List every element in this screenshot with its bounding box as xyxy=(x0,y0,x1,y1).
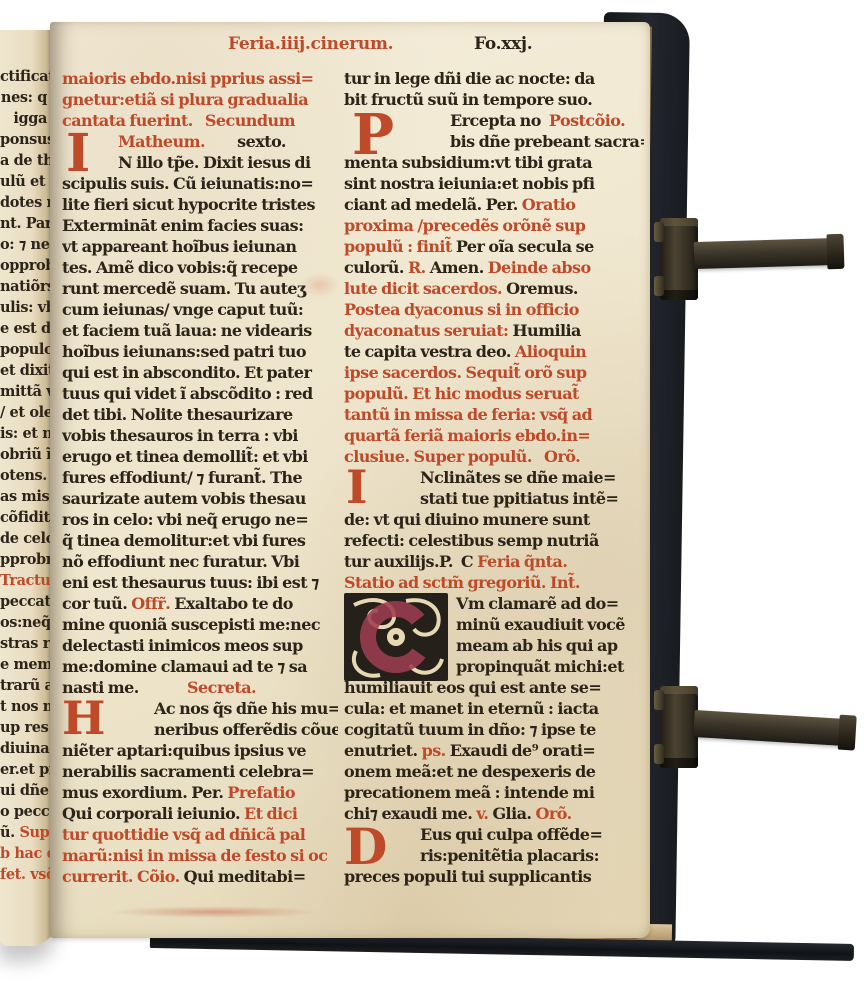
text-line: e memora xyxy=(0,654,56,675)
body-text: Exaltabo te do xyxy=(174,594,293,613)
text-line: precationem meã : intende mi xyxy=(344,782,644,803)
text-line: o: ⁊ ne de xyxy=(0,234,56,255)
body-text: natiõrs. xyxy=(0,278,56,295)
text-line: N illo tp̃e. Dixit iesus di xyxy=(62,152,338,173)
body-text: de celo libe xyxy=(0,530,56,547)
brass-clasp-lower xyxy=(654,686,864,776)
text-line: det tibi. Nolite thesaurizare xyxy=(62,404,338,425)
text-line: tuus qui videt ĩ abscõdito : red xyxy=(62,383,338,404)
text-line: erugo et tinea demollit̃: et vbi xyxy=(62,446,338,467)
text-line: saurizate autem vobis thesau xyxy=(62,488,338,509)
body-text: det tibi. Nolite thesaurizare xyxy=(62,405,293,424)
body-text: ulũ et alta xyxy=(0,173,56,190)
text-line: / et olea xyxy=(0,402,56,423)
text-line: as misere xyxy=(0,486,56,507)
text-line: b hac die xyxy=(0,843,56,864)
text-line: marũ:nisi in missa de festo si oc xyxy=(62,845,338,866)
text-line: cõfidit e xyxy=(0,507,56,528)
rubric-text: Statio ad sctm̃ gregoriũ. Int̃. xyxy=(344,573,580,592)
rubric-text: Tractus. xyxy=(0,572,56,589)
rubricated-initial-P: P xyxy=(352,110,394,160)
text-line: populũ : finit̃ Per oĩa secula se xyxy=(344,236,644,257)
text-line: lite fieri sicut hypocrite tristes xyxy=(62,194,338,215)
text-line: currerit. Cõio. Qui meditabi= xyxy=(62,866,338,887)
body-text: et dixit p xyxy=(0,362,56,379)
body-text: cogitatũ tuum in dño: ⁊ ipse te xyxy=(344,720,596,739)
text-line: ponsus xyxy=(0,129,56,150)
body-text: t nos mise xyxy=(0,698,56,715)
body-text: tuus qui videt ĩ abscõdito : red xyxy=(62,384,313,403)
text-line: qui est in abscondito. Et pater xyxy=(62,362,338,383)
text-line: tur auxilijs.P. C Feria q̃nta. xyxy=(344,551,644,572)
rubricated-initial-H: H xyxy=(62,698,105,739)
text-line: obriũ ĩ gẽt xyxy=(0,444,56,465)
clasp-hinge-plate xyxy=(660,686,698,768)
text-line: mus exordium. Per. Prefatio xyxy=(62,782,338,803)
body-text: nerabilis sacramenti celebra= xyxy=(62,762,314,781)
text-line: ris:penitẽtia placaris: xyxy=(344,845,644,866)
body-text: os:neq̃ se xyxy=(0,614,56,631)
body-text: up res fa xyxy=(0,719,56,736)
rubric-text: ipse sacerdos. Sequit̃ orõ sup xyxy=(344,363,587,382)
body-text: cor tuũ. xyxy=(62,594,131,613)
body-text: nõ effodiunt nec furatur. Vbi xyxy=(62,552,299,571)
body-text: culorũ. xyxy=(344,258,408,277)
body-text: ros in celo: vbi neq̃ erugo ne= xyxy=(62,510,308,529)
rubric-text: marũ:nisi in missa de festo si oc xyxy=(62,846,327,865)
text-line: mittã vob xyxy=(0,381,56,402)
text-line: tur quottidie vsq̃ ad dñicã pal xyxy=(62,824,338,845)
text-line: tur in lege dñi die ac nocte: da xyxy=(344,68,644,89)
body-text: erugo et tinea demollit̃: et vbi xyxy=(62,447,308,466)
text-line: ipse sacerdos. Sequit̃ orõ sup xyxy=(344,362,644,383)
text-line: enutriet. ps. Exaudi de⁹ orati= xyxy=(344,740,644,761)
body-text: Glia. xyxy=(492,804,535,823)
body-text: stras retri xyxy=(0,635,56,652)
text-line: fures effodiunt/ ⁊ furant̃. The xyxy=(62,467,338,488)
text-line: cor tuũ. Offr̃. Exaltabo te do xyxy=(62,593,338,614)
body-text: mine quoniã suscepisti me:nec xyxy=(62,615,320,634)
body-text: ris:penitẽtia placaris: xyxy=(420,846,599,865)
rubric-text: Prefatio xyxy=(227,783,295,802)
rubric-text: populũ : finit̃ xyxy=(344,237,456,256)
text-line: delectasti inimicos meos sup xyxy=(62,635,338,656)
text-line: runt mercedẽ suam. Tu auteʒ xyxy=(62,278,338,299)
body-text: Qui corporali ieiunio. xyxy=(62,804,244,823)
text-line: t nos mise xyxy=(0,696,56,717)
text-line: ros in celo: vbi neq̃ erugo ne= xyxy=(62,509,338,530)
body-text: runt mercedẽ suam. Tu auteʒ xyxy=(62,279,306,298)
clasp-strap xyxy=(694,238,843,269)
text-line: et faciem tuã laua: ne videaris xyxy=(62,320,338,341)
rubric-text: Feria q̃nta. xyxy=(477,552,567,571)
text-line: stras retri xyxy=(0,633,56,654)
text-line: ciant ad medelã. Per. Oratio xyxy=(344,194,644,215)
rubric-text: quartã feriã maioris ebdo.in= xyxy=(344,426,590,445)
body-text: ciant ad medelã. Per. xyxy=(344,195,522,214)
body-text: fures effodiunt/ ⁊ furant̃. The xyxy=(62,468,302,487)
text-line: populo su xyxy=(0,339,56,360)
rubric-text: lute dicit sacerdos. xyxy=(344,279,506,298)
text-line: Extermināt enim facies suas: xyxy=(62,215,338,236)
text-line: is: et non xyxy=(0,423,56,444)
body-text: Amen. xyxy=(430,258,488,277)
text-line: dyaconatus seruiat: Humilia xyxy=(344,320,644,341)
text-line: me:domine clamaui ad te ⁊ sa xyxy=(62,656,338,677)
body-text: ui dñe liber xyxy=(0,782,56,799)
rubric-text: Secreta. xyxy=(139,678,256,697)
rubric-text: v. xyxy=(476,804,492,823)
body-text: diuina nost xyxy=(0,740,56,757)
body-text: ctificat xyxy=(0,68,55,85)
text-line: sint nostra ieiunia:et nobis pfi xyxy=(344,173,644,194)
text-line: trarũ ant xyxy=(0,675,56,696)
body-text: e memora xyxy=(0,656,56,673)
body-text: scipulis suis. Cũ ieiunatis:no= xyxy=(62,174,313,193)
body-text: cõfidit e xyxy=(0,509,56,526)
text-line: nõ effodiunt nec furatur. Vbi xyxy=(62,551,338,572)
body-text: minũ exaudiuit vocẽ xyxy=(456,615,625,634)
text-line: quartã feriã maioris ebdo.in= xyxy=(344,425,644,446)
body-text: et faciem tuã laua: ne videaris xyxy=(62,321,312,340)
body-text: Exaudi de⁹ orati= xyxy=(450,741,596,760)
body-text: enutriet. xyxy=(344,741,422,760)
running-title: Feria.iiij.cinerum. xyxy=(228,34,393,54)
text-line: proxima /precedẽs orõnẽ sup xyxy=(344,215,644,236)
text-line: nes: q xyxy=(0,87,56,108)
body-text: de: vt qui diuino munere sunt xyxy=(344,510,590,529)
text-line: Statio ad sctm̃ gregoriũ. Int̃. xyxy=(344,572,644,593)
rubric-text: tur quottidie vsq̃ ad dñicã pal xyxy=(62,825,305,844)
body-text: vobis thesauros in terra : vbi xyxy=(62,426,298,445)
body-text: sint nostra ieiunia:et nobis pfi xyxy=(344,174,595,193)
body-text: a de thalam xyxy=(0,152,56,169)
text-line: hoĩbus ieiunans:sed patri tuo xyxy=(62,341,338,362)
rubric-text: Offr̃. xyxy=(131,594,174,613)
body-text: opprobriũ xyxy=(0,257,56,274)
text-line: ui dñe liber xyxy=(0,780,56,801)
text-line: de celo libe xyxy=(0,528,56,549)
red-ink-smudge xyxy=(300,272,340,298)
text-line: de: vt qui diuino munere sunt xyxy=(344,509,644,530)
text-line: populũ. Et hic modus seruat̃ xyxy=(344,383,644,404)
rubric-text: tantũ in missa de feria: vsq̃ ad xyxy=(344,405,592,424)
body-text: sexto. xyxy=(205,132,286,151)
rubric-text: cantata fuerint. Secundum xyxy=(62,111,295,130)
text-column-left: maioris ebdo.nisi pprius assi=gnetur:eti… xyxy=(62,68,338,887)
rubric-text: proxima /precedẽs orõnẽ sup xyxy=(344,216,585,235)
body-text: delectasti inimicos meos sup xyxy=(62,636,303,655)
text-line: os:neq̃ se xyxy=(0,612,56,633)
rubric-text: Alioquin xyxy=(515,342,586,361)
body-text: bis dñe prebeant sacra= xyxy=(450,132,644,151)
text-line: ctificat xyxy=(0,66,56,87)
text-line: cum ieiunas/ vnge caput tuũ: xyxy=(62,299,338,320)
body-text: vt appareant hoĩbus ieiunan xyxy=(62,237,296,256)
text-line: eni est thesaurus tuus: ibi est ⁊ xyxy=(62,572,338,593)
woodcut-initial-C xyxy=(344,593,448,681)
rubric-text: Deinde abso xyxy=(488,258,591,277)
rubricated-initial-I: I xyxy=(346,467,368,508)
text-line: Matheum. sexto. xyxy=(62,131,338,152)
body-text: is: et non xyxy=(0,425,56,442)
rubric-text: Postea dyaconus si in officio xyxy=(344,300,579,319)
body-text: populo su xyxy=(0,341,56,358)
text-line: fet. vsq̃ ad xyxy=(0,864,56,885)
clasp-hook-tip xyxy=(826,234,844,269)
body-text: stati tue ppitiatus intẽ= xyxy=(420,489,618,508)
body-text: refecti: celestibus semp nutriã xyxy=(344,531,599,550)
text-line: igga xyxy=(0,108,56,129)
rubricated-initial-D: D xyxy=(344,824,387,869)
text-line: cantata fuerint. Secundum xyxy=(62,110,338,131)
folio-number: Fo.xxj. xyxy=(474,34,532,54)
text-line: cogitatũ tuum in dño: ⁊ ipse te xyxy=(344,719,644,740)
body-text: neribus offerẽdis cõue xyxy=(154,720,338,739)
text-line: lute dicit sacerdos. Oremus. xyxy=(344,278,644,299)
rubric-text: R. xyxy=(408,258,430,277)
text-line: mine quoniã suscepisti me:nec xyxy=(62,614,338,635)
text-line: chi⁊ exaudi me. v. Glia. Orõ. xyxy=(344,803,644,824)
body-text: Vm clamarẽ ad do= xyxy=(456,594,619,613)
text-line: gnetur:etiã si plura gradualia xyxy=(62,89,338,110)
photo-of-open-missal: ctificatnes: qiggaponsusa de thalamulũ … xyxy=(0,0,868,1000)
body-text: Qui meditabi= xyxy=(184,867,306,886)
body-text: nt. Parce xyxy=(0,215,56,232)
rubric-text: currerit. Cõio. xyxy=(62,867,184,886)
body-text: meam ab his qui ap xyxy=(456,636,618,655)
text-line: culorũ. R. Amen. Deinde abso xyxy=(344,257,644,278)
body-text: Nclinãtes se dñe maie= xyxy=(420,468,616,487)
text-line: scipulis suis. Cũ ieiunatis:no= xyxy=(62,173,338,194)
body-text: saurizate autem vobis thesau xyxy=(62,489,306,508)
text-line: ulũ et alta xyxy=(0,171,56,192)
text-line: otens. Ex xyxy=(0,465,56,486)
text-line: pprobriũ xyxy=(0,549,56,570)
body-text: otens. xyxy=(0,467,52,484)
body-text: dotes mi xyxy=(0,194,56,211)
body-text: as misere xyxy=(0,488,56,505)
body-text: Per oĩa secula se xyxy=(456,237,594,256)
text-line: o peccata xyxy=(0,801,56,822)
rubric-text: Et dici xyxy=(244,804,297,823)
text-line: vobis thesauros in terra : vbi xyxy=(62,425,338,446)
body-text: er.et prope xyxy=(0,761,56,778)
brass-clasp-upper xyxy=(654,218,864,308)
rubric-text: Orõ. xyxy=(535,804,571,823)
body-text: Humilia xyxy=(512,321,580,340)
rubricated-initial-I: I xyxy=(66,131,90,178)
text-line: clusiue. Super populũ. Orõ. xyxy=(344,446,644,467)
text-line: tantũ in missa de feria: vsq̃ ad xyxy=(344,404,644,425)
body-text: mus exordium. Per. xyxy=(62,783,227,802)
body-text: obriũ ĩ gẽt xyxy=(0,446,56,463)
body-text: tes. Amẽ dico vobis:q̃ recepe xyxy=(62,258,297,277)
body-text: me:domine clamaui ad te ⁊ sa xyxy=(62,657,307,676)
clasp-hinge-plate xyxy=(660,218,698,300)
text-line: opprobriũ xyxy=(0,255,56,276)
rubric-text: Oratio xyxy=(522,195,576,214)
body-text: tur auxilijs.P. C xyxy=(344,552,477,571)
body-text: precationem meã : intende mi xyxy=(344,783,594,802)
body-text: propinquãt michi:et xyxy=(456,657,624,676)
text-line: maioris ebdo.nisi pprius assi= xyxy=(62,68,338,89)
body-text: pprobriũ xyxy=(0,551,56,568)
body-text: e est de xyxy=(0,320,56,337)
body-text: o: ⁊ ne de xyxy=(0,236,56,253)
clasp-strap xyxy=(693,710,854,746)
text-line: nt. Parce xyxy=(0,213,56,234)
body-text: / et olea xyxy=(0,404,56,421)
body-text: cum ieiunas/ vnge caput tuũ: xyxy=(62,300,303,319)
body-text: Ac nos q̃s dñe his mu= xyxy=(154,699,338,718)
text-line: refecti: celestibus semp nutriã xyxy=(344,530,644,551)
text-line: peccata n xyxy=(0,591,56,612)
body-text: q̃ tinea demolitur:et vbi fures xyxy=(62,531,305,550)
body-text: onem meã:et ne despexeris de xyxy=(344,762,595,781)
body-text: o peccata xyxy=(0,803,56,820)
rubric-text: maioris ebdo.nisi pprius assi= xyxy=(62,69,313,88)
previous-page-text-fragments: ctificatnes: qiggaponsusa de thalamulũ … xyxy=(0,66,56,885)
text-line: up res fa xyxy=(0,717,56,738)
rubric-text: Postcõio. xyxy=(545,111,625,130)
text-line: vt appareant hoĩbus ieiunan xyxy=(62,236,338,257)
rubric-text: fet. vsq̃ ad xyxy=(0,866,56,883)
rubric-text: gnetur:etiã si plura gradualia xyxy=(62,90,308,109)
text-line: tes. Amẽ dico vobis:q̃ recepe xyxy=(62,257,338,278)
text-line: Qui corporali ieiunio. Et dici xyxy=(62,803,338,824)
text-line: ulis: vbi e xyxy=(0,297,56,318)
text-line: er.et prope xyxy=(0,759,56,780)
body-text: te capita vestra deo. xyxy=(344,342,515,361)
text-line: a de thalam xyxy=(0,150,56,171)
text-line: Eus qui culpa offẽde= xyxy=(344,824,644,845)
body-text: igga xyxy=(13,110,47,127)
body-text: qui est in abscondito. Et pater xyxy=(62,363,311,382)
body-text: Ercepta no xyxy=(450,111,545,130)
body-text: tur in lege dñi die ac nocte: da xyxy=(344,69,595,88)
body-text: mittã vob xyxy=(0,383,56,400)
text-line: q̃ tinea demolitur:et vbi fures xyxy=(62,530,338,551)
body-text: hoĩbus ieiunans:sed patri tuo xyxy=(62,342,306,361)
text-line: et dixit p xyxy=(0,360,56,381)
clasp-hook-tip xyxy=(838,715,857,751)
text-line: e est de xyxy=(0,318,56,339)
text-line: ũ. Supple xyxy=(0,822,56,843)
body-text: lite fieri sicut hypocrite tristes xyxy=(62,195,315,214)
rubric-text: b hac die xyxy=(0,845,56,862)
open-page: Feria.iiij.cinerum. Fo.xxj. maioris ebdo… xyxy=(50,22,650,938)
text-line: diuina nost xyxy=(0,738,56,759)
text-line: te capita vestra deo. Alioquin xyxy=(344,341,644,362)
rubric-text: populũ. Et hic modus seruat̃ xyxy=(344,384,579,403)
text-line: Nclinãtes se dñe maie= xyxy=(344,467,644,488)
rubric-text: Matheum. xyxy=(118,132,205,151)
body-text: cula: et manet in eternũ : iacta xyxy=(344,699,599,718)
body-text: Eus qui culpa offẽde= xyxy=(420,825,602,844)
rubric-text: clusiue. Super populũ. Orõ. xyxy=(344,447,580,466)
body-text: nes: q xyxy=(1,89,47,106)
text-line: nerabilis sacramenti celebra= xyxy=(62,761,338,782)
body-text: N illo tp̃e. Dixit iesus di xyxy=(118,153,311,172)
body-text: ponsus xyxy=(0,131,55,148)
red-ink-smudge xyxy=(110,906,320,918)
body-text: trarũ ant xyxy=(0,677,56,694)
text-line: cula: et manet in eternũ : iacta xyxy=(344,698,644,719)
text-line: onem meã:et ne despexeris de xyxy=(344,761,644,782)
rubric-text: dyaconatus seruiat: xyxy=(344,321,512,340)
body-text: peccata n xyxy=(0,593,56,610)
text-line: natiõrs. xyxy=(0,276,56,297)
body-text: ũ. xyxy=(0,824,19,841)
text-column-right: tur in lege dñi die ac nocte: dabit fru… xyxy=(344,68,644,887)
text-line: preces populi tui supplicantis xyxy=(344,866,644,887)
body-text: eni est thesaurus tuus: ibi est ⁊ xyxy=(62,573,319,592)
text-line: dotes mi xyxy=(0,192,56,213)
body-text: Extermināt enim facies suas: xyxy=(62,216,303,235)
body-text: Oremus. xyxy=(506,279,578,298)
text-line: Postea dyaconus si in officio xyxy=(344,299,644,320)
text-line: stati tue ppitiatus intẽ= xyxy=(344,488,644,509)
body-text: ulis: vbi e xyxy=(0,299,56,316)
rubric-text: ps. xyxy=(422,741,450,760)
text-line: Tractus. D xyxy=(0,570,56,591)
